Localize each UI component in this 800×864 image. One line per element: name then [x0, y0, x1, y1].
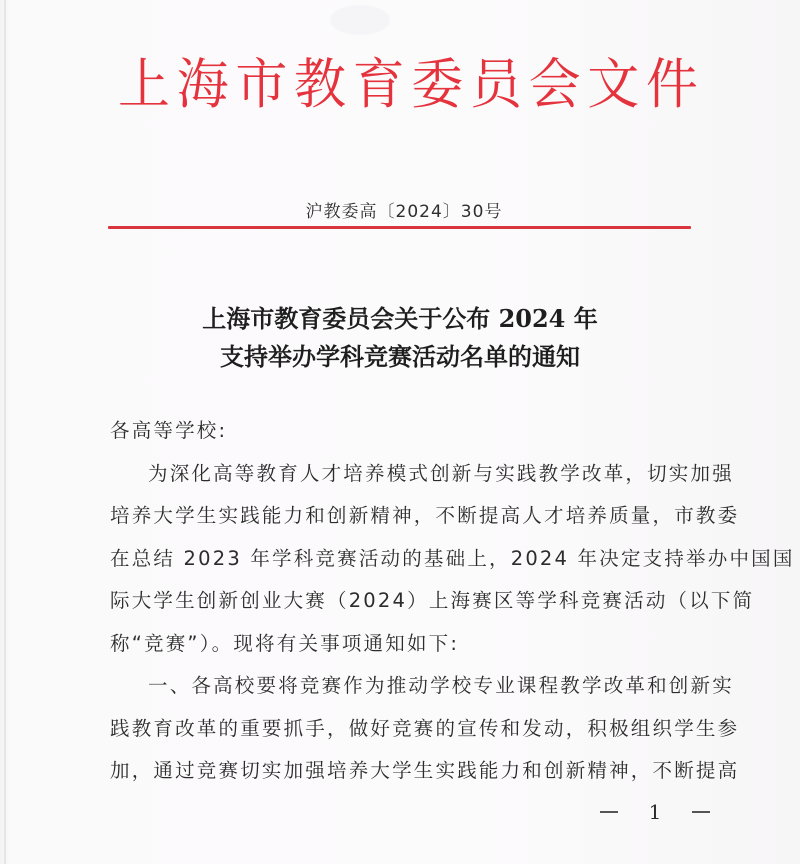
title-line: 上海市教育委员会关于公布 2024 年 [0, 300, 800, 338]
salutation: 各高等学校: [110, 410, 700, 453]
masthead-char: 员 [470, 43, 522, 127]
masthead-char: 文 [587, 43, 639, 127]
page-edge [4, 0, 6, 864]
body-line: 际大学生创新创业大赛（2024）上海赛区等学科竞赛活动（以下简 [110, 580, 700, 623]
scan-artifact [330, 5, 390, 35]
body-line: 一、各高校要将竞赛作为推动学校专业课程教学改革和创新实 [110, 665, 700, 708]
page-number: 1 [600, 800, 710, 824]
masthead-char: 育 [353, 43, 405, 127]
body-line: 加，通过竞赛切实加强培养大学生实践能力和创新精神，不断提高 [110, 750, 700, 793]
masthead-char: 上 [118, 43, 170, 127]
document-number: 沪教委高〔2024〕30号 [0, 197, 800, 222]
masthead-char: 市 [235, 43, 287, 127]
page-number-value: 1 [649, 800, 662, 824]
masthead-char: 海 [177, 43, 229, 127]
masthead: 上 海 市 教 育 委 员 会 文 件 [118, 45, 698, 125]
body-line: 践教育改革的重要抓手，做好竞赛的宣传和发动，积极组织学生参 [110, 708, 700, 751]
document-body: 各高等学校: 为深化高等教育人才培养模式创新与实践教学改革，切实加强 培养大学生… [110, 410, 700, 793]
title-line: 支持举办学科竞赛活动名单的通知 [0, 338, 800, 376]
document-page: 上 海 市 教 育 委 员 会 文 件 沪教委高〔2024〕30号 上海市教育委… [0, 0, 800, 864]
masthead-char: 教 [294, 43, 346, 127]
body-line: 培养大学生实践能力和创新精神，不断提高人才培养质量，市教委 [110, 495, 700, 538]
masthead-char: 会 [529, 43, 581, 127]
body-line: 为深化高等教育人才培养模式创新与实践教学改革，切实加强 [110, 453, 700, 496]
document-title: 上海市教育委员会关于公布 2024 年 支持举办学科竞赛活动名单的通知 [0, 300, 800, 376]
masthead-char: 委 [411, 43, 463, 127]
dash-icon [692, 811, 710, 813]
dash-icon [600, 811, 618, 813]
body-line: 称“竞赛”）。现将有关事项通知如下: [110, 623, 700, 666]
red-divider-line [108, 226, 691, 229]
body-line: 在总结 2023 年学科竞赛活动的基础上，2024 年决定支持举办中国国 [110, 538, 700, 581]
masthead-char: 件 [646, 43, 698, 127]
